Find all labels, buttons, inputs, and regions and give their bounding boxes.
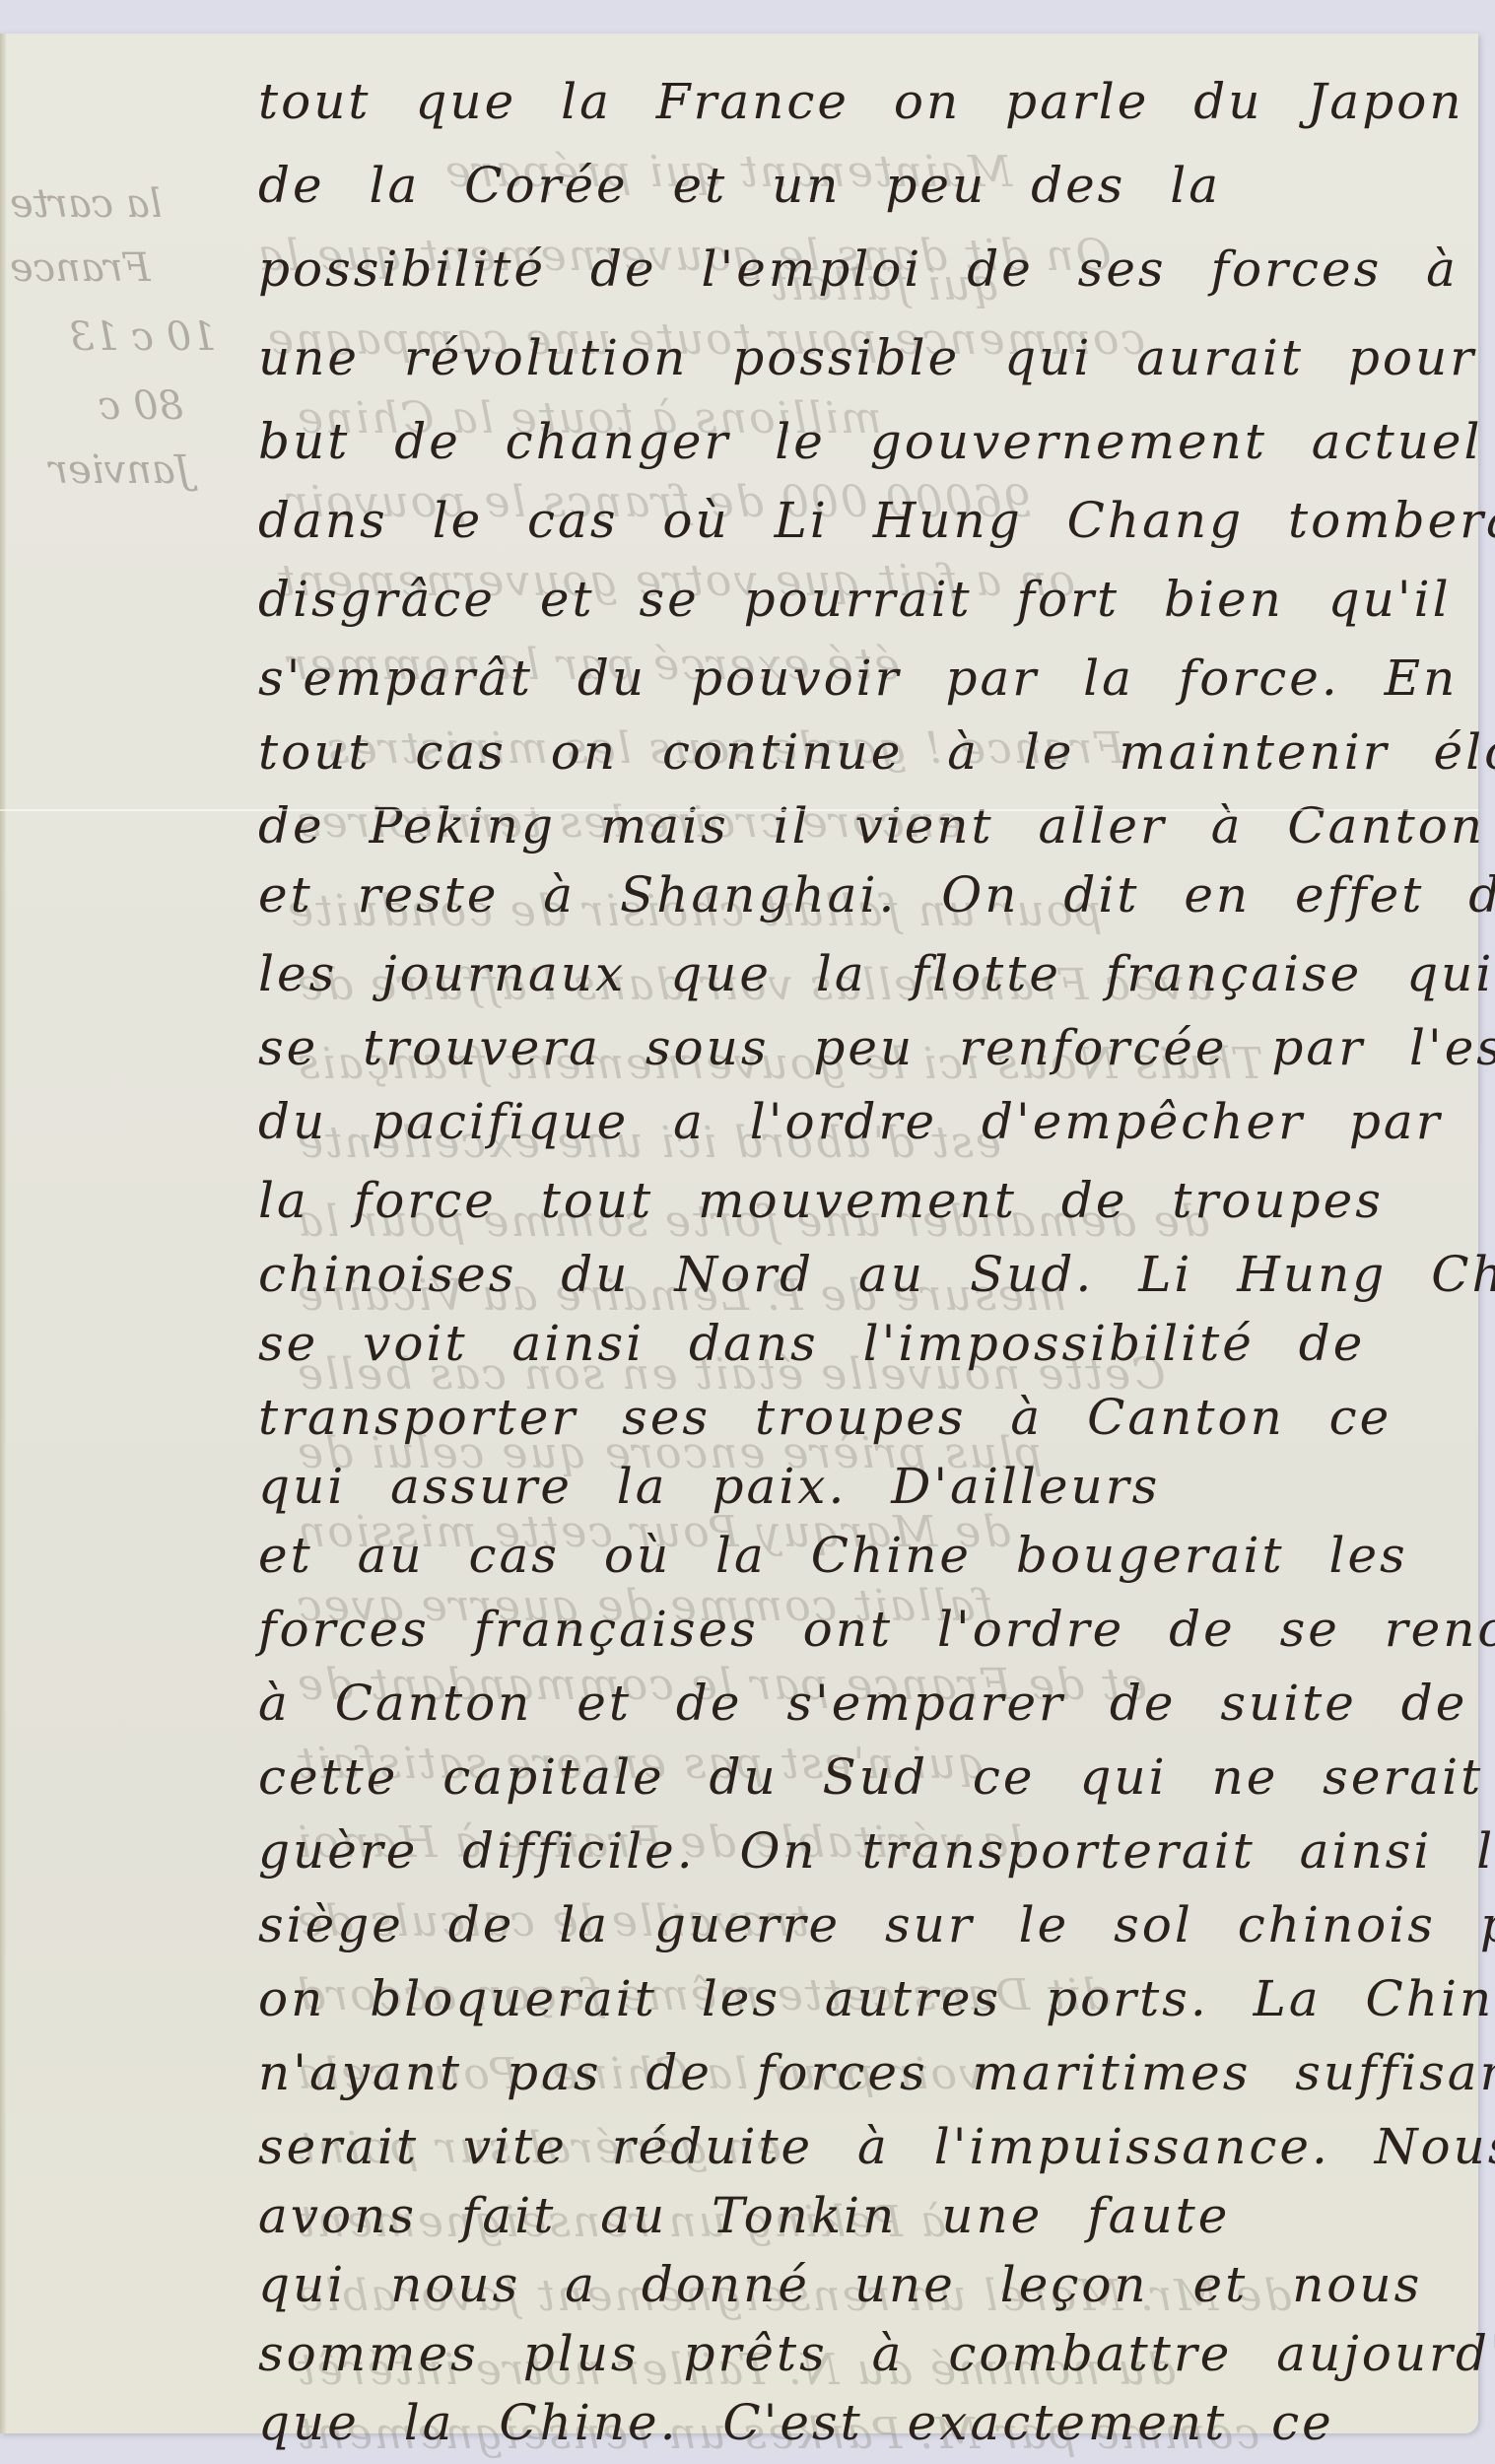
letter-line: forces françaises ont l'ordre de se renc… <box>258 1601 1495 1658</box>
letter-line: possibilité de l'emploi de ses forces à <box>258 240 1459 298</box>
letter-line: avons fait au Tonkin une faute <box>258 2187 1230 2244</box>
letter-line: de Peking mais il vient aller à Canton <box>258 797 1485 855</box>
letter-line: serait vite réduite à l'impuissance. Nou… <box>258 2118 1495 2175</box>
letter-line: on bloquerait les autres ports. La Chine <box>258 1970 1495 2027</box>
letter-line: de la Corée et un peu des la <box>258 157 1221 214</box>
letter-line: chinoises du Nord au Sud. Li Hung Chang <box>258 1246 1495 1303</box>
letter-line: transporter ses troupes à Canton ce <box>258 1389 1392 1446</box>
letter-line: s'emparât du pouvoir par la force. En <box>258 650 1458 707</box>
letter-line: n'ayant pas de forces maritimes suffisan… <box>258 2044 1495 2101</box>
margin-bleed-text: France <box>10 245 151 291</box>
letter-line: disgrâce et se pourrait fort bien qu'il <box>258 571 1452 628</box>
letter-line: tout cas on continue à le maintenir éloi… <box>258 723 1495 781</box>
letter-line: tout que la France on parle du Japon <box>258 73 1464 130</box>
letter-line: qui assure la paix. D'ailleurs <box>258 1458 1160 1515</box>
letter-line: la force tout mouvement de troupes <box>258 1172 1384 1229</box>
letter-line: dans le cas où Li Hung Chang tomberait e… <box>258 492 1495 549</box>
letter-page: qui fallait Maintenant qui prépare On di… <box>0 34 1478 2433</box>
letter-line: qui nous a donné une leçon et nous <box>258 2256 1422 2313</box>
letter-line: siège de la guerre sur le sol chinois pu… <box>258 1896 1495 1953</box>
letter-line: et reste à Shanghai. On dit en effet dan… <box>258 866 1495 924</box>
letter-line: guère difficile. On transporterait ainsi… <box>258 1822 1495 1880</box>
letter-line: du pacifique a l'ordre d'empêcher par <box>258 1093 1443 1150</box>
letter-line: une révolution possible qui aurait pour <box>258 329 1476 386</box>
letter-line: se trouvera sous peu renforcée par l'esc… <box>258 1019 1495 1076</box>
letter-line: que la Chine. C'est exactement ce <box>258 2394 1334 2451</box>
letter-line: et au cas où la Chine bougerait les <box>258 1527 1408 1584</box>
letter-line: se voit ainsi dans l'impossibilité de <box>258 1315 1365 1372</box>
letter-line: cette capitale du Sud ce qui ne serait <box>258 1748 1483 1806</box>
letter-line: à Canton et de s'emparer de suite de <box>258 1675 1467 1732</box>
letter-line: les journaux que la flotte française qui <box>258 945 1494 1002</box>
letter-line: sommes plus prêts à combattre aujourd'hu… <box>258 2325 1495 2382</box>
letter-line: but de changer le gouvernement actuel <box>258 413 1483 470</box>
margin-bleed-text: Janvier <box>49 447 191 493</box>
margin-bleed-text: 10 c 13 <box>69 314 217 360</box>
margin-bleed-text: 80 c <box>99 383 183 429</box>
margin-bleed-text: la carte <box>10 181 162 227</box>
